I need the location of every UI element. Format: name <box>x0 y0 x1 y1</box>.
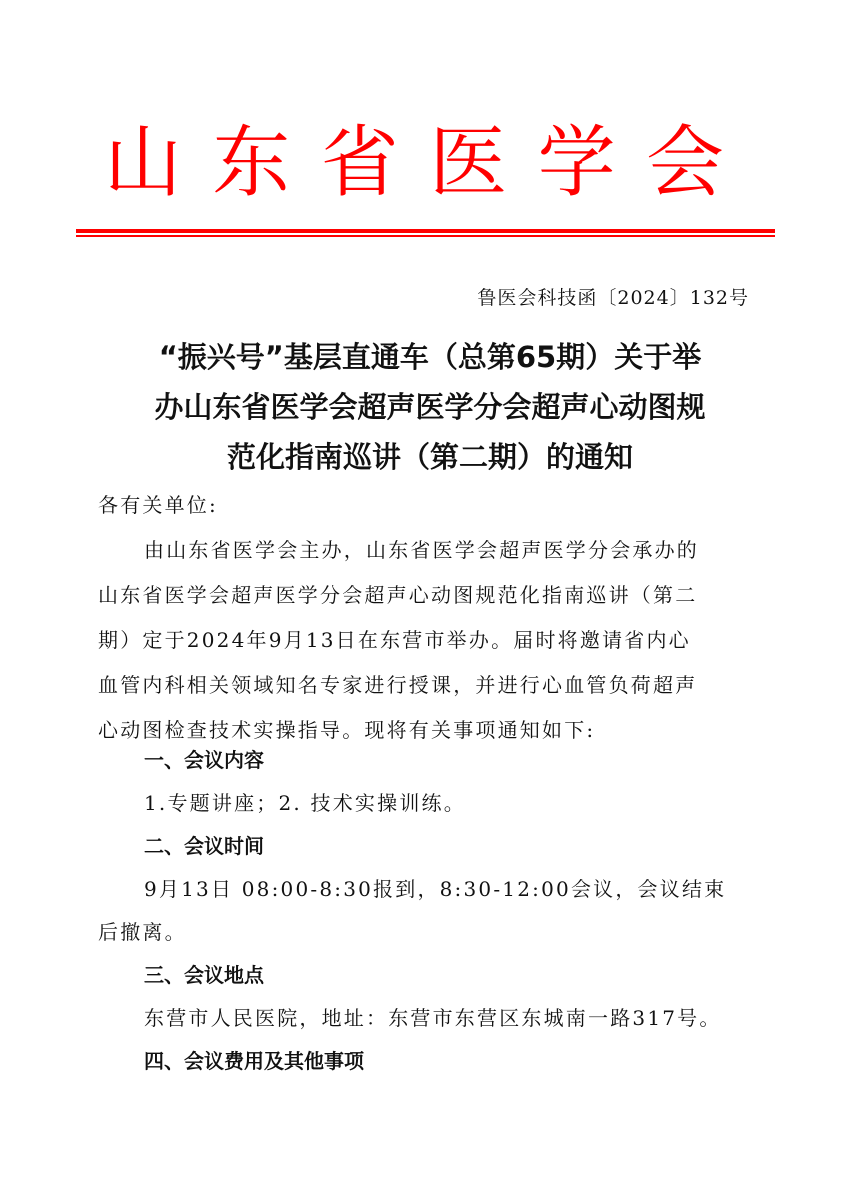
section-heading-location: 三、会议地点 <box>144 953 264 998</box>
intro-line: 山东省医学会超声医学分会超声心动图规范化指南巡讲（第二 <box>98 573 697 618</box>
title-line: “振兴号”基层直通车（总第65期）关于举 <box>90 332 770 382</box>
letterhead-char: 医 <box>429 118 507 208</box>
letterhead-char: 东 <box>212 118 290 208</box>
section-text: 东营市人民医院，地址：东营市东营区东城南一路317号。 <box>144 996 722 1041</box>
title-line: 办山东省医学会超声医学分会超声心动图规 <box>90 382 770 432</box>
document-title: “振兴号”基层直通车（总第65期）关于举 办山东省医学会超声医学分会超声心动图规… <box>90 332 770 482</box>
letterhead-char: 山 <box>104 118 182 208</box>
section-heading-content: 一、会议内容 <box>144 738 264 783</box>
section-text: 后撤离。 <box>98 910 187 955</box>
section-heading-fees: 四、会议费用及其他事项 <box>144 1039 364 1084</box>
section-heading-time: 二、会议时间 <box>144 824 264 869</box>
section-text: 9月13日 08:00-8:30报到，8:30-12:00会议，会议结束 <box>144 867 726 912</box>
letterhead-char: 学 <box>538 118 616 208</box>
intro-line: 血管内科相关领域知名专家进行授课，并进行心血管负荷超声 <box>98 663 697 708</box>
letterhead-divider-thin <box>76 235 775 237</box>
letterhead-char: 会 <box>646 118 724 208</box>
letterhead-divider-thick <box>76 229 775 233</box>
letterhead-char: 省 <box>321 118 399 208</box>
organization-letterhead: 山 东 省 医 学 会 <box>104 118 724 208</box>
document-number: 鲁医会科技函〔2024〕132号 <box>477 284 749 312</box>
title-line: 范化指南巡讲（第二期）的通知 <box>90 432 770 482</box>
salutation: 各有关单位: <box>98 483 218 528</box>
intro-line: 期）定于2024年9月13日在东营市举办。届时将邀请省内心 <box>98 618 691 663</box>
intro-line: 由山东省医学会主办，山东省医学会超声医学分会承办的 <box>144 528 699 573</box>
section-text: 1.专题讲座；2. 技术实操训练。 <box>144 781 466 826</box>
